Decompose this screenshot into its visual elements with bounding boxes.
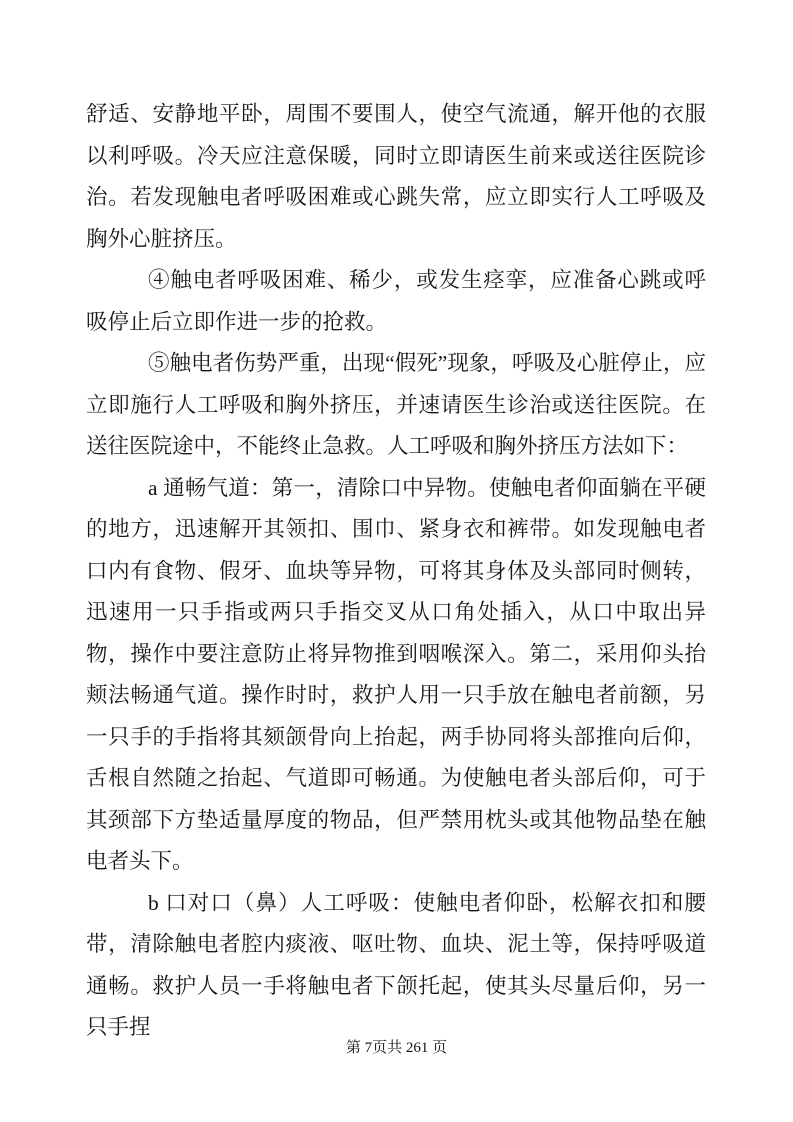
paragraph-step-a: a 通畅气道：第一，清除口中异物。使触电者仰面躺在平硬的地方，迅速解开其领扣、围… <box>86 468 706 883</box>
paragraph-step-b: b 口对口（鼻）人工呼吸：使触电者仰卧，松解衣扣和腰带，清除触电者腔内痰液、呕吐… <box>86 883 706 1049</box>
paragraph-continuation: 舒适、安静地平卧，周围不要围人，使空气流通，解开他的衣服以利呼吸。冷天应注意保暖… <box>86 94 706 260</box>
page-number-footer: 第 7页共 261 页 <box>0 1038 793 1058</box>
document-page: 舒适、安静地平卧，周围不要围人，使空气流通，解开他的衣服以利呼吸。冷天应注意保暖… <box>0 0 793 1122</box>
paragraph-item-4: ④触电者呼吸困难、稀少，或发生痉挛，应准备心跳或呼吸停止后立即作进一步的抢救。 <box>86 260 706 343</box>
paragraph-item-5: ⑤触电者伤势严重，出现“假死”现象，呼吸及心脏停止，应立即施行人工呼吸和胸外挤压… <box>86 343 706 468</box>
document-body: 舒适、安静地平卧，周围不要围人，使空气流通，解开他的衣服以利呼吸。冷天应注意保暖… <box>86 94 706 1049</box>
